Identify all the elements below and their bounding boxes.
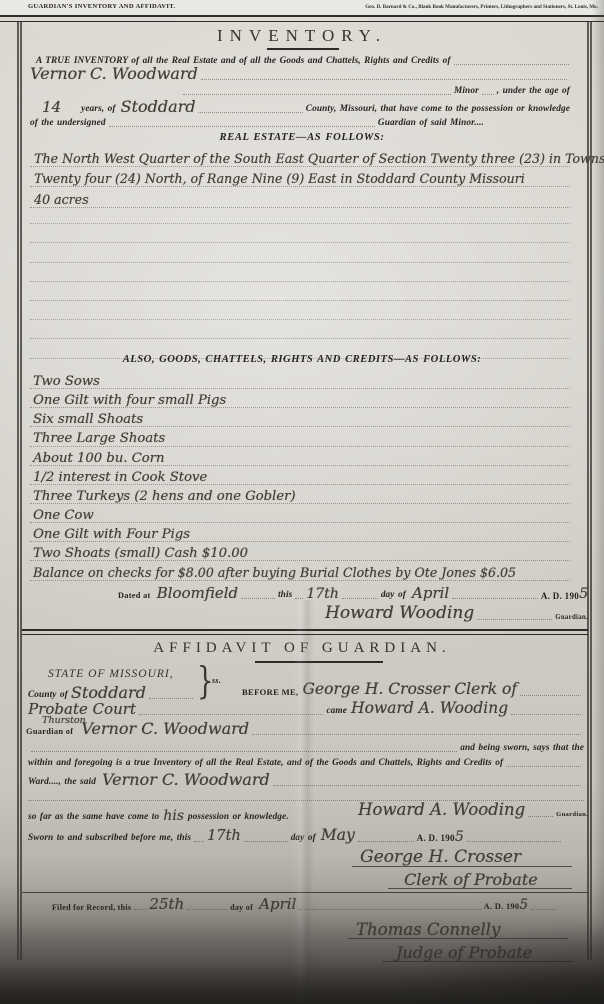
filed-section-rule: [22, 892, 588, 893]
blank-line: [30, 301, 570, 320]
fill-line: [342, 596, 378, 599]
affidavit-title-underline: [255, 661, 383, 663]
affidavit-guardian-signature-handwritten: Howard A. Wooding: [358, 802, 525, 819]
blank-line: [30, 205, 570, 224]
state-line: STATE OF MISSOURI,: [48, 668, 174, 680]
spacer: [64, 111, 78, 113]
officer-name-handwritten: George H. Crosser Clerk of: [302, 682, 517, 698]
goods-item: One Gilt with Four Pigs: [30, 523, 570, 542]
affidavit-county-handwritten: Stoddard: [71, 685, 146, 701]
fill-line: [454, 62, 569, 65]
affidavit-guardian-signature-row: Howard A. Wooding Guardian.: [358, 802, 588, 819]
fill-line: [531, 907, 557, 910]
real-estate-text: The North West Quarter of the South East…: [34, 153, 604, 166]
top-double-rule: [0, 15, 604, 22]
real-estate-line: The North West Quarter of the South East…: [30, 146, 570, 167]
ward-label: Ward...., the said: [28, 777, 96, 788]
fill-line: [452, 596, 538, 599]
filed-label: Filed for Record, this: [52, 903, 131, 912]
fill-line: [194, 839, 204, 842]
minor-row: Minor , under the age of: [180, 86, 570, 97]
goods-item: Balance on checks for $8.00 after buying…: [30, 561, 570, 580]
real-estate-line: Twenty four (24) North, of Range Nine (9…: [30, 167, 570, 188]
fill-line: [139, 712, 324, 715]
came-label: came: [326, 706, 347, 717]
guardian-signature-row: Howard Wooding Guardian.: [325, 605, 588, 622]
body-clause-row: within and foregoing is a true Inventory…: [28, 758, 584, 769]
goods-item-text: Two Shoats (small) Cash $10.00: [33, 547, 248, 560]
years-of-label: years, of: [81, 104, 115, 115]
sworn-ad-label: A. D. 190: [417, 833, 455, 843]
judge-title-handwritten: Judge of Probate: [396, 945, 532, 961]
goods-list: Two Sows One Gilt with four small Pigs S…: [30, 370, 570, 581]
goods-item-text: One Gilt with Four Pigs: [33, 528, 190, 541]
goods-item-text: Balance on checks for $8.00 after buying…: [33, 567, 516, 580]
clerk-signature-line: George H. Crosser: [352, 846, 572, 867]
blank-line: [30, 320, 570, 339]
sworn-year-handwritten: 5: [455, 830, 464, 844]
ward-row: Ward...., the said Vernor C. Woodward: [28, 772, 584, 788]
dated-year-handwritten: 5: [579, 587, 588, 601]
affidavit-guardian-label: Guardian.: [556, 811, 588, 819]
clerk-signature-handwritten: George H. Crosser: [360, 849, 521, 866]
guardian-of-row: Guardian of Vernor C. Woodward: [26, 721, 584, 737]
goods-item: Two Shoats (small) Cash $10.00: [30, 542, 570, 561]
blank-line: [30, 243, 570, 262]
goods-item-text: Two Sows: [33, 375, 100, 388]
fill-line: [241, 596, 275, 599]
goods-item: About 100 bu. Corn: [30, 447, 570, 466]
goods-item-text: Six small Shoats: [33, 413, 143, 426]
fill-line: [467, 839, 561, 842]
day-of-label: day of: [381, 590, 406, 601]
goods-item-text: Three Turkeys (2 hens and one Gobler): [33, 490, 295, 503]
fill-line: [477, 617, 552, 620]
fill-line: [252, 732, 581, 735]
judge-title-line: Judge of Probate: [382, 940, 574, 962]
fill-line: [511, 712, 581, 715]
so-far-row: so far as the same have come to his poss…: [28, 809, 348, 823]
clerk-title-line: Clerk of Probate: [388, 868, 572, 889]
ad-label: A. D. 190: [541, 591, 579, 601]
fill-line: [520, 693, 581, 696]
fill-line: [183, 92, 451, 95]
blank-line: [30, 282, 570, 301]
fill-line: [31, 749, 457, 752]
goods-item: One Cow: [30, 504, 570, 523]
filed-day-of-label: day of: [230, 903, 253, 912]
dated-place-handwritten: Bloomfield: [157, 586, 238, 601]
guardian-signature-handwritten: Howard Wooding: [325, 605, 474, 622]
goods-item: 1/2 interest in Cook Stove: [30, 466, 570, 485]
affidavit-section-rule: [22, 629, 588, 635]
undersigned-row: of the undersigned Guardian of said Mino…: [30, 118, 484, 129]
guardian-of-label: Guardian of: [26, 727, 73, 737]
filed-ad-label: A. D. 190: [484, 902, 520, 912]
so-far-pre: so far as the same have come to: [28, 812, 159, 823]
filed-row: Filed for Record, this 25th day of April…: [52, 897, 560, 912]
judge-signature-line: Thomas Connelly: [348, 916, 568, 939]
fill-line: [149, 696, 193, 699]
clerk-title-handwritten: Clerk of Probate: [404, 872, 538, 888]
sworn-month-handwritten: May: [321, 828, 355, 844]
real-estate-lines: The North West Quarter of the South East…: [30, 146, 570, 208]
county-handwritten: Stoddard: [121, 99, 196, 115]
fill-line: [358, 839, 414, 842]
court-came-row: Probate Court came Howard A. Wooding: [28, 701, 584, 717]
under-age-clause: , under the age of: [497, 86, 570, 97]
goods-item: Six small Shoats: [30, 408, 570, 427]
blank-line: [30, 263, 570, 282]
dated-at-label: Dated at: [118, 591, 151, 601]
ss-label: ss.: [212, 676, 221, 685]
guardian-label: Guardian.: [555, 614, 588, 622]
goods-item-text: 1/2 interest in Cook Stove: [33, 471, 207, 484]
filed-month-handwritten: April: [259, 897, 296, 912]
sworn-row: Sworn to and subscribed before me, this …: [28, 828, 564, 844]
goods-item: One Gilt with four small Pigs: [30, 389, 570, 408]
so-far-post: possession or knowledge.: [188, 812, 289, 823]
affidavit-ward-name-2-handwritten: Vernor C. Woodward: [102, 772, 270, 788]
dated-day-handwritten: 17th: [306, 587, 338, 601]
affidavit-title: AFFIDAVIT OF GUARDIAN.: [0, 640, 604, 657]
fill-line: [528, 814, 553, 817]
minor-word: Minor: [454, 86, 479, 97]
sworn-line-label: Sworn to and subscribed before me, this: [28, 833, 191, 844]
fill-line: [244, 839, 288, 842]
this-label: this: [278, 590, 292, 601]
guardian-minor-clause: Guardian of said Minor....: [378, 118, 484, 129]
goods-item-text: One Gilt with four small Pigs: [33, 394, 226, 407]
fill-line: [299, 907, 480, 910]
sworn-clause: and being sworn, says that the: [460, 743, 584, 754]
fill-line: [273, 783, 581, 786]
goods-item: Two Sows: [30, 370, 570, 389]
possessive-handwritten: his: [163, 809, 184, 823]
fill-line: [187, 907, 227, 910]
county-clause: County, Missouri, that have come to the …: [306, 104, 570, 115]
filed-day-handwritten: 25th: [149, 897, 184, 912]
goods-item: Three Turkeys (2 hens and one Gobler): [30, 485, 570, 504]
age-handwritten: 14: [42, 100, 61, 115]
goods-item-text: Three Large Shoats: [33, 432, 165, 445]
fill-line: [134, 907, 146, 910]
printer-imprint: Geo. D. Barnard & Co., Blank Book Manufa…: [365, 4, 598, 10]
real-estate-text: Twenty four (24) North, of Range Nine (9…: [34, 173, 525, 186]
ward-name-row: Vernor C. Woodward: [30, 66, 570, 82]
fill-line: [506, 764, 581, 767]
inventory-title: INVENTORY.: [0, 26, 604, 46]
before-me-label: BEFORE ME,: [242, 688, 298, 698]
page-top-strip: GUARDIAN'S INVENTORY AND AFFIDAVIT. Geo.…: [0, 0, 604, 15]
goods-item-text: One Cow: [33, 509, 94, 522]
inventory-title-underline: [267, 48, 339, 50]
being-sworn-row: and being sworn, says that the: [28, 743, 584, 754]
goods-heading: ALSO, GOODS, CHATTELS, RIGHTS AND CREDIT…: [0, 354, 604, 366]
blank-line: [30, 224, 570, 243]
age-county-row: 14 years, of Stoddard County, Missouri, …: [42, 99, 570, 115]
sworn-day-of-label: day of: [291, 833, 316, 844]
fill-line: [198, 110, 302, 113]
dated-row: Dated at Bloomfield this 17th day of Apr…: [118, 586, 588, 601]
judge-signature-handwritten: Thomas Connelly: [356, 922, 500, 939]
real-estate-heading: REAL ESTATE—AS FOLLOWS:: [0, 132, 604, 144]
blank-ruled-lines: [30, 205, 570, 359]
goods-item: Three Large Shoats: [30, 427, 570, 446]
sworn-day-handwritten: 17th: [207, 829, 241, 844]
form-title-header: GUARDIAN'S INVENTORY AND AFFIDAVIT.: [28, 3, 175, 11]
before-me-row: BEFORE ME, George H. Crosser Clerk of: [242, 682, 584, 698]
county-row: County of Stoddard: [28, 685, 196, 701]
dated-month-handwritten: April: [412, 586, 449, 601]
fill-line: [295, 596, 303, 599]
body-clause: within and foregoing is a true Inventory…: [28, 758, 503, 769]
goods-item-text: About 100 bu. Corn: [33, 452, 164, 465]
fill-line: [109, 124, 375, 127]
affidavit-ward-name-handwritten: Vernor C. Woodward: [81, 721, 249, 737]
filed-year-handwritten: 5: [519, 899, 528, 913]
fill-line: [201, 77, 567, 80]
ward-name-handwritten: Vernor C. Woodward: [30, 66, 198, 82]
fill-line: [482, 92, 494, 95]
scanned-document-page: GUARDIAN'S INVENTORY AND AFFIDAVIT. Geo.…: [0, 0, 604, 1004]
guardian-name-handwritten: Howard A. Wooding: [351, 701, 508, 717]
undersigned-clause: of the undersigned: [30, 118, 106, 129]
